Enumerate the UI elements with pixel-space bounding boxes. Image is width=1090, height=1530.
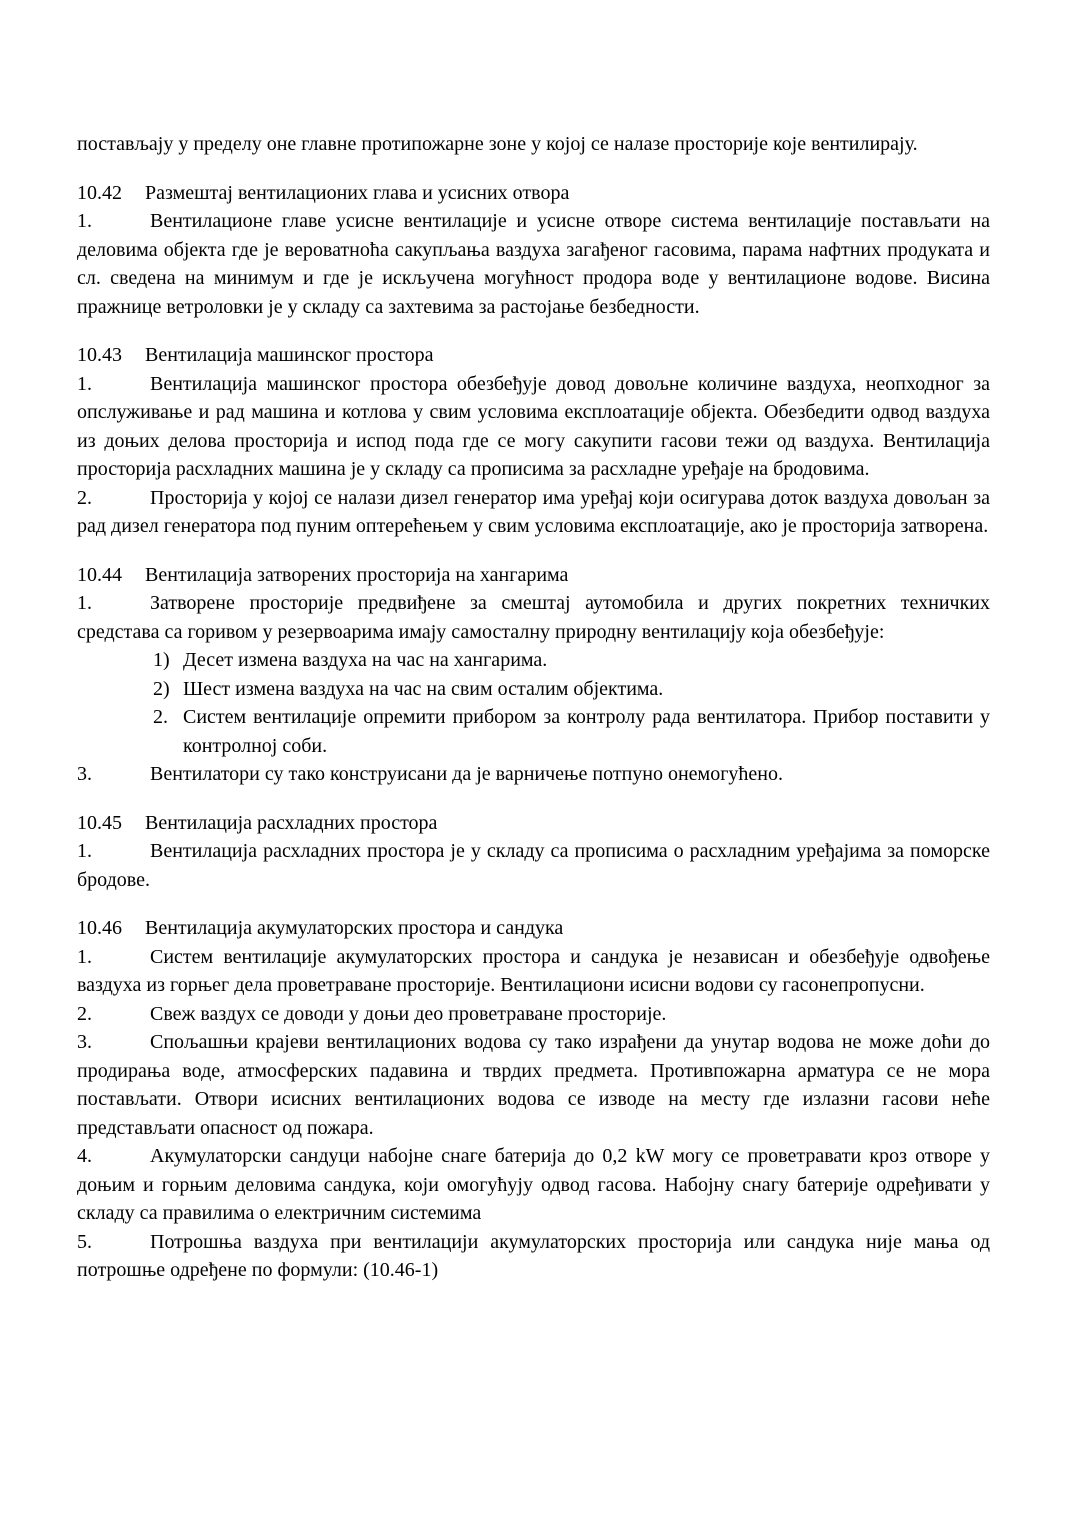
section-number: 10.42 — [77, 179, 145, 208]
item-marker: 5. — [77, 1228, 150, 1257]
sub-item-marker: 1) — [153, 646, 183, 675]
item-marker: 4. — [77, 1142, 150, 1171]
numbered-item: 1.Затворене просторије предвиђене за сме… — [77, 589, 990, 646]
item-text: Свеж ваздух се доводи у доњи део проветр… — [150, 1003, 666, 1025]
section-number: 10.44 — [77, 561, 145, 590]
sub-item-text: Десет измена ваздуха на час на хангарима… — [183, 649, 547, 671]
numbered-item: 5.Потрошња ваздуха при вентилацији акуму… — [77, 1228, 990, 1285]
item-text: Вентилација расхладних простора је у скл… — [77, 840, 990, 891]
sub-item: 2)Шест измена ваздуха на час на свим ост… — [153, 675, 990, 704]
item-text: Акумулаторски сандуци набојне снаге бате… — [77, 1145, 990, 1224]
item-marker: 1. — [77, 943, 150, 972]
item-text: Вентилација машинског простора обезбеђуј… — [77, 373, 990, 481]
section-10-43: 10.43Вентилација машинског простора 1.Ве… — [77, 341, 990, 541]
section-10-42: 10.42Размештај вентилационих глава и уси… — [77, 179, 990, 322]
sub-item-text: Систем вентилације опремити прибором за … — [183, 706, 990, 757]
section-heading: 10.43Вентилација машинског простора — [77, 341, 990, 370]
section-title: Вентилација расхладних простора — [145, 812, 437, 834]
section-number: 10.43 — [77, 341, 145, 370]
item-text: Вентилационе главе усисне вентилације и … — [77, 210, 990, 318]
item-text: Систем вентилације акумулаторских просто… — [77, 946, 990, 997]
section-10-46: 10.46Вентилација акумулаторских простора… — [77, 914, 990, 1285]
item-text: Вентилатори су тако конструисани да је в… — [150, 763, 783, 785]
section-heading: 10.42Размештај вентилационих глава и уси… — [77, 179, 990, 208]
numbered-item: 2.Просторија у којој се налази дизел ген… — [77, 484, 990, 541]
item-marker: 1. — [77, 207, 150, 236]
item-text: Потрошња ваздуха при вентилацији акумула… — [77, 1231, 990, 1282]
section-number: 10.45 — [77, 809, 145, 838]
item-text: Просторија у којој се налази дизел генер… — [77, 487, 990, 538]
numbered-item: 4.Акумулаторски сандуци набојне снаге ба… — [77, 1142, 990, 1228]
section-title: Вентилација акумулаторских простора и са… — [145, 917, 563, 939]
item-marker: 3. — [77, 760, 150, 789]
section-10-44: 10.44Вентилација затворених просторија н… — [77, 561, 990, 789]
intro-paragraph: постављају у пределу оне главне протипож… — [77, 130, 990, 159]
section-number: 10.46 — [77, 914, 145, 943]
item-marker: 2. — [77, 484, 150, 513]
section-heading: 10.44Вентилација затворених просторија н… — [77, 561, 990, 590]
item-text: Спољашњи крајеви вентилационих водова су… — [77, 1031, 990, 1139]
numbered-item: 1.Вентилационе главе усисне вентилације … — [77, 207, 990, 321]
numbered-item: 3.Спољашњи крајеви вентилационих водова … — [77, 1028, 990, 1142]
item-marker: 2. — [77, 1000, 150, 1029]
section-heading: 10.46Вентилација акумулаторских простора… — [77, 914, 990, 943]
numbered-item: 1.Вентилација расхладних простора је у с… — [77, 837, 990, 894]
numbered-item: 2.Свеж ваздух се доводи у доњи део прове… — [77, 1000, 990, 1029]
section-title: Вентилација машинског простора — [145, 344, 433, 366]
item-marker: 3. — [77, 1028, 150, 1057]
sub-item-marker: 2) — [153, 675, 183, 704]
sub-item: 1)Десет измена ваздуха на час на хангари… — [153, 646, 990, 675]
item-marker: 1. — [77, 589, 150, 618]
sub-item-marker: 2. — [153, 703, 183, 732]
document-page: постављају у пределу оне главне протипож… — [0, 0, 1090, 1530]
sub-item-text: Шест измена ваздуха на час на свим остал… — [183, 678, 663, 700]
sub-item: 2.Систем вентилације опремити прибором з… — [153, 703, 990, 760]
numbered-item: 3.Вентилатори су тако конструисани да је… — [77, 760, 990, 789]
section-title: Размештај вентилационих глава и усисних … — [145, 182, 569, 204]
numbered-item: 1.Вентилација машинског простора обезбеђ… — [77, 370, 990, 484]
section-heading: 10.45Вентилација расхладних простора — [77, 809, 990, 838]
section-10-45: 10.45Вентилација расхладних простора 1.В… — [77, 809, 990, 895]
numbered-item: 1.Систем вентилације акумулаторских прос… — [77, 943, 990, 1000]
item-marker: 1. — [77, 837, 150, 866]
section-title: Вентилација затворених просторија на хан… — [145, 564, 568, 586]
item-text: Затворене просторије предвиђене за смешт… — [77, 592, 990, 643]
item-marker: 1. — [77, 370, 150, 399]
